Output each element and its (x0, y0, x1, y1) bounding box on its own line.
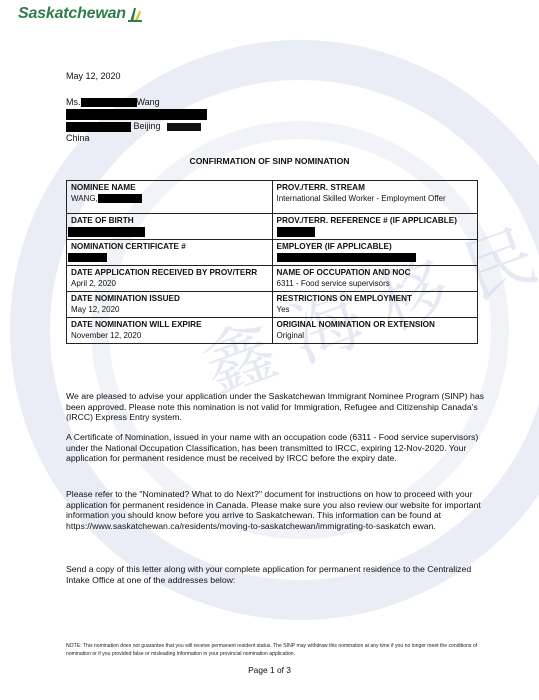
field-label: EMPLOYER (IF APPLICABLE) (277, 242, 474, 253)
address-line-2 (66, 109, 207, 120)
field-value: WANG, (71, 194, 268, 205)
page-number: Page 1 of 3 (0, 665, 539, 675)
send-copy-paragraph: Send a copy of this letter along with yo… (66, 564, 486, 585)
table-cell: NOMINATION CERTIFICATE # (67, 240, 273, 266)
field-label: RESTRICTIONS ON EMPLOYMENT (277, 294, 474, 305)
table-cell: DATE NOMINATION WILL EXPIRE November 12,… (67, 318, 273, 344)
table-cell: DATE APPLICATION RECEIVED BY PROV/TERR A… (67, 266, 273, 292)
table-row: DATE APPLICATION RECEIVED BY PROV/TERR A… (67, 266, 478, 292)
address-line-1: Ms.Wang (66, 97, 160, 108)
table-cell: NOMINEE NAME WANG, (67, 181, 273, 214)
field-label: DATE NOMINATION ISSUED (71, 294, 268, 305)
certificate-paragraph: A Certificate of Nomination, issued in y… (66, 432, 486, 464)
surname: Wang (137, 97, 160, 107)
field-value (277, 227, 474, 238)
table-cell: DATE OF BIRTH (67, 214, 273, 240)
field-label: NAME OF OCCUPATION AND NOC (277, 268, 474, 279)
field-label: DATE NOMINATION WILL EXPIRE (71, 320, 268, 331)
table-cell: PROV./TERR. STREAM International Skilled… (272, 181, 478, 214)
field-label: DATE OF BIRTH (71, 216, 268, 227)
table-row: DATE NOMINATION WILL EXPIRE November 12,… (67, 318, 478, 344)
table-row: DATE OF BIRTH PROV./TERR. REFERENCE # (I… (67, 214, 478, 240)
website-link[interactable]: https://www.saskatchewan.ca/residents/mo… (66, 521, 436, 531)
field-value: November 12, 2020 (71, 331, 268, 342)
table-row: NOMINEE NAME WANG, PROV./TERR. STREAM In… (67, 181, 478, 214)
field-label: PROV./TERR. REFERENCE # (IF APPLICABLE) (277, 216, 474, 227)
instructions-paragraph: Please refer to the "Nominated? What to … (66, 489, 486, 531)
redacted-block (277, 227, 315, 237)
field-value: April 2, 2020 (71, 279, 268, 290)
field-label: ORIGINAL NOMINATION OR EXTENSION (277, 320, 474, 331)
document-title: CONFIRMATION OF SINP NOMINATION (0, 156, 539, 166)
salutation: Ms. (66, 97, 81, 107)
logo-text: Saskatchewan (18, 5, 126, 23)
table-cell: EMPLOYER (IF APPLICABLE) (272, 240, 478, 266)
redacted-block (66, 109, 207, 120)
field-value: May 12, 2020 (71, 305, 268, 316)
field-value: Original (277, 331, 474, 342)
redacted-block (66, 122, 131, 132)
table-cell: NAME OF OCCUPATION AND NOC 6311 - Food s… (272, 266, 478, 292)
field-label: PROV./TERR. STREAM (277, 183, 474, 194)
field-label: NOMINATION CERTIFICATE # (71, 242, 268, 253)
redacted-block (277, 253, 416, 262)
wheat-icon (128, 6, 142, 22)
table-cell: PROV./TERR. REFERENCE # (IF APPLICABLE) (272, 214, 478, 240)
saskatchewan-logo: Saskatchewan (18, 5, 142, 23)
table-cell: RESTRICTIONS ON EMPLOYMENT Yes (272, 292, 478, 318)
redacted-block (81, 98, 137, 107)
table-cell: DATE NOMINATION ISSUED May 12, 2020 (67, 292, 273, 318)
letter-date: May 12, 2020 (66, 71, 121, 81)
instructions-text: Please refer to the "Nominated? What to … (66, 489, 481, 520)
field-label: DATE APPLICATION RECEIVED BY PROV/TERR (71, 268, 268, 279)
field-value (71, 227, 268, 238)
address-line-3: Beijing (66, 121, 201, 132)
footer-note: NOTE: This nomination does not guarantee… (66, 642, 486, 658)
redacted-block (167, 123, 201, 131)
approval-paragraph: We are pleased to advise your applicatio… (66, 391, 486, 423)
field-value (71, 253, 268, 264)
field-value: 6311 - Food service supervisors (277, 279, 474, 290)
field-value (277, 253, 474, 264)
country: China (66, 133, 90, 144)
nomination-table: NOMINEE NAME WANG, PROV./TERR. STREAM In… (66, 180, 478, 344)
field-value: Yes (277, 305, 474, 316)
city: Beijing (134, 121, 161, 131)
redacted-block (68, 227, 145, 237)
table-cell: ORIGINAL NOMINATION OR EXTENSION Origina… (272, 318, 478, 344)
redacted-block (68, 253, 107, 262)
field-label: NOMINEE NAME (71, 183, 268, 194)
table-row: NOMINATION CERTIFICATE # EMPLOYER (IF AP… (67, 240, 478, 266)
table-row: DATE NOMINATION ISSUED May 12, 2020 REST… (67, 292, 478, 318)
redacted-block (98, 194, 142, 203)
field-value: International Skilled Worker - Employmen… (277, 194, 474, 205)
